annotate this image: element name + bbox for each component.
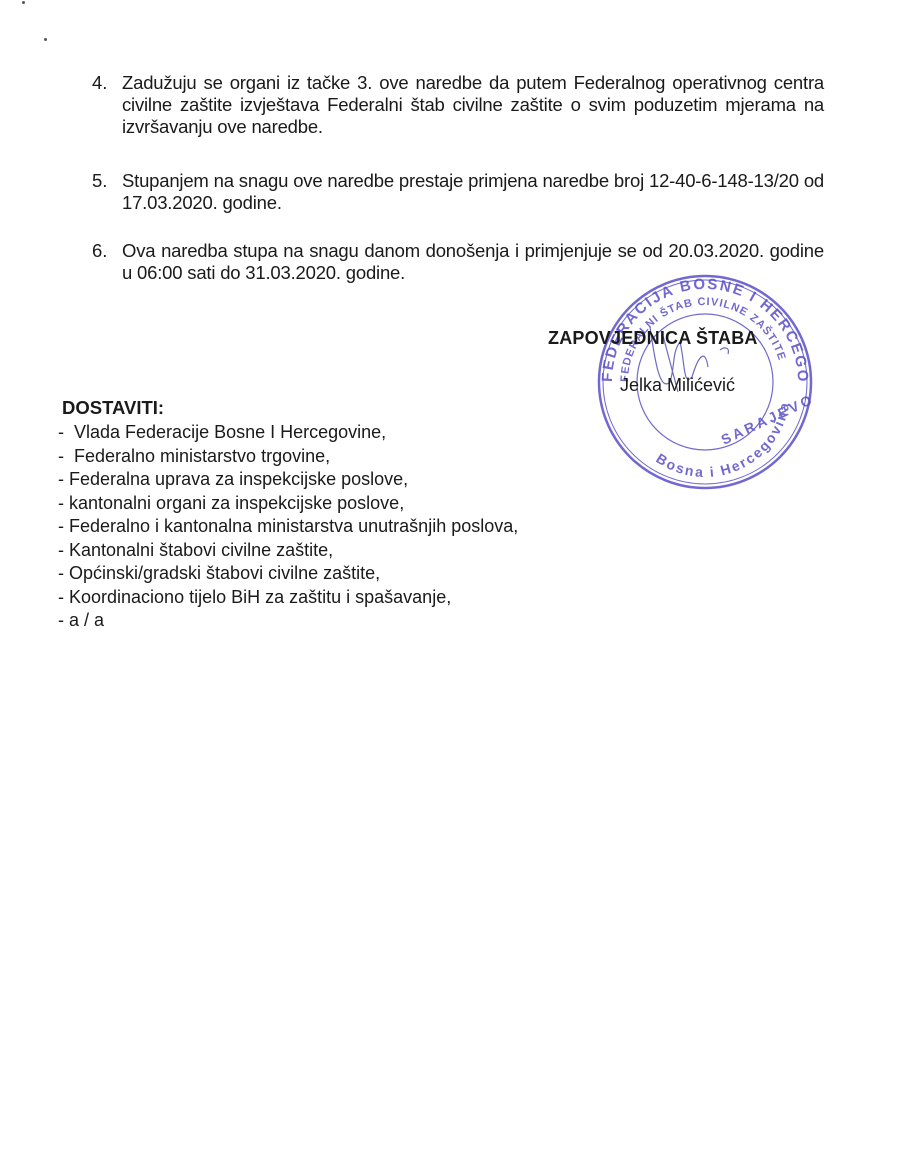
stamp-bottom-text: Bosna i Hercegovina xyxy=(653,400,792,480)
item-number: 5. xyxy=(92,170,107,192)
distribution-title: DOSTAVITI: xyxy=(62,397,164,419)
distribution-list: - Vlada Federacije Bosne I Hercegovine, … xyxy=(58,421,518,633)
recipient: - Općinski/gradski štabovi civilne zašti… xyxy=(58,562,518,586)
recipient: - Federalno i kantonalna ministarstva un… xyxy=(58,515,518,539)
scan-speck xyxy=(22,1,25,4)
signatory-name: Jelka Milićević xyxy=(620,375,735,396)
recipient: - kantonalni organi za inspekcijske posl… xyxy=(58,492,518,516)
scan-speck xyxy=(44,38,47,41)
order-item-6: 6. Ova naredba stupa na snagu danom dono… xyxy=(92,240,824,284)
recipient: - Vlada Federacije Bosne I Hercegovine, xyxy=(58,421,518,445)
order-item-4: 4. Zadužuju se organi iz tačke 3. ove na… xyxy=(92,72,824,138)
item-text: Ova naredba stupa na snagu danom donošen… xyxy=(122,240,824,284)
item-number: 6. xyxy=(92,240,107,262)
recipient: - Federalna uprava za inspekcijske poslo… xyxy=(58,468,518,492)
signatory-title: ZAPOVJEDNICA ŠTABA xyxy=(548,328,758,349)
recipient: - Federalno ministarstvo trgovine, xyxy=(58,445,518,469)
item-text: Stupanjem na snagu ove naredbe prestaje … xyxy=(122,170,824,214)
order-item-5: 5. Stupanjem na snagu ove naredbe presta… xyxy=(92,170,824,214)
stamp-city: SARAJEVO xyxy=(718,391,816,448)
item-number: 4. xyxy=(92,72,107,94)
recipient: - Kantonalni štabovi civilne zaštite, xyxy=(58,539,518,563)
recipient: - Koordinaciono tijelo BiH za zaštitu i … xyxy=(58,586,518,610)
recipient: - a / a xyxy=(58,609,518,633)
svg-text:Bosna i Hercegovina: Bosna i Hercegovina xyxy=(653,400,792,480)
item-text: Zadužuju se organi iz tačke 3. ove nared… xyxy=(122,72,824,138)
